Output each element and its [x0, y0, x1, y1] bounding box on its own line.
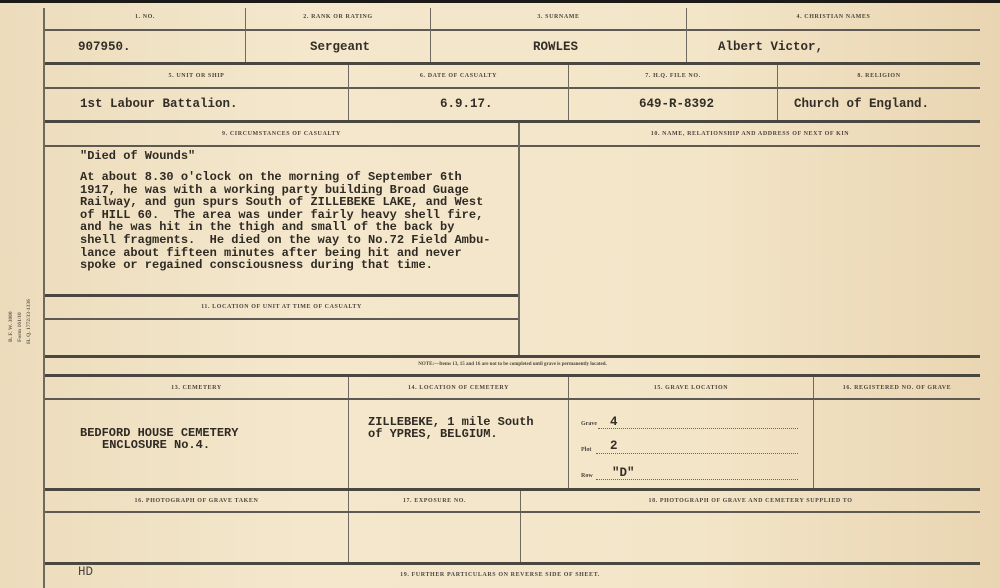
unit-value: 1st Labour Battalion. [80, 97, 238, 111]
service-number: 907950. [78, 40, 131, 54]
further-particulars-label: 19. FURTHER PARTICULARS ON REVERSE SIDE … [300, 572, 700, 578]
plot-field-label: Plot [581, 447, 591, 453]
plot-field-value: 2 [610, 439, 618, 453]
plot-field-line [596, 453, 798, 454]
rule [45, 374, 980, 377]
rule [45, 62, 980, 65]
rule [518, 123, 520, 355]
side-stamp-line: B. F. W. 3000 [8, 311, 14, 342]
cemetery-location-line: of YPRES, BELGIUM. [368, 428, 498, 441]
side-stamp: B. F. W. 3000 Form 161/10 H. Q. 1772/33-… [6, 258, 40, 344]
rule [45, 87, 980, 89]
side-stamp-line: H. Q. 1772/33-1336 [26, 299, 32, 344]
location-of-unit-label: 11. Location of Unit at Time of Casualty [45, 304, 518, 310]
side-stamp-line: Form 161/10 [17, 312, 23, 342]
photo-taken-label: 16. Photograph of Grave Taken [45, 498, 348, 504]
rule [520, 145, 980, 147]
christian-names-value: Albert Victor, [718, 40, 823, 54]
religion-label: 8. Religion [778, 73, 980, 79]
photo-supplied-label: 18. Photograph of Grave and Cemetery Sup… [521, 498, 980, 504]
footer-initials: HD [78, 565, 93, 579]
row-field-value: "D" [612, 466, 635, 480]
rule [45, 145, 518, 147]
circumstances-line: shell fragments. He died on the way to N… [80, 234, 490, 247]
rule [348, 377, 349, 489]
date-of-casualty-value: 6.9.17. [440, 97, 493, 111]
circumstances-line: Railway, and gun spurs South of ZILLEBEK… [80, 196, 483, 209]
exposure-no-label: 17. Exposure No. [349, 498, 520, 504]
rule [45, 355, 980, 358]
rule [45, 318, 518, 320]
rule [45, 562, 980, 565]
rule [45, 120, 980, 123]
grave-field-label: Grave [581, 421, 597, 427]
no-label: 1. No. [45, 14, 245, 20]
rank-label: 2. Rank or Rating [246, 14, 430, 20]
rule [568, 377, 569, 489]
religion-value: Church of England. [794, 97, 929, 111]
circumstances-heading: "Died of Wounds" [80, 150, 195, 163]
cemetery-enclosure: ENCLOSURE No.4. [102, 439, 210, 452]
registered-no-label: 16. Registered No. of Grave [814, 385, 980, 391]
christian-names-label: 4. Christian Names [687, 14, 980, 20]
circumstances-label: 9. Circumstances of Casualty [45, 131, 518, 137]
grave-location-label: 15. Grave Location [569, 385, 813, 391]
rule [45, 294, 518, 297]
hq-file-label: 7. H.Q. File No. [569, 73, 777, 79]
date-of-casualty-label: 6. Date of Casualty [349, 73, 568, 79]
circumstances-line: At about 8.30 o'clock on the morning of … [80, 171, 462, 184]
rule [45, 29, 980, 31]
next-of-kin-label: 10. Name, Relationship and Address of Ne… [520, 131, 980, 137]
rule [45, 511, 980, 513]
location-of-cemetery-label: 14. Location of Cemetery [349, 385, 568, 391]
grave-field-line [598, 428, 798, 429]
scan-top-edge [0, 0, 1000, 3]
circumstances-line: spoke or regained consciousness during t… [80, 259, 433, 272]
row-field-label: Row [581, 473, 593, 479]
surname-value: ROWLES [533, 40, 578, 54]
rule [45, 398, 980, 400]
unit-label: 5. Unit or Ship [45, 73, 348, 79]
hq-file-value: 649-R-8392 [639, 97, 714, 111]
note-text: NOTE:—Items 13, 15 and 16 are not to be … [45, 362, 980, 367]
rule [813, 377, 814, 489]
surname-label: 3. Surname [431, 14, 686, 20]
cemetery-label: 13. Cemetery [45, 385, 348, 391]
rule [45, 488, 980, 491]
rank-value: Sergeant [310, 40, 370, 54]
grave-field-value: 4 [610, 415, 618, 429]
